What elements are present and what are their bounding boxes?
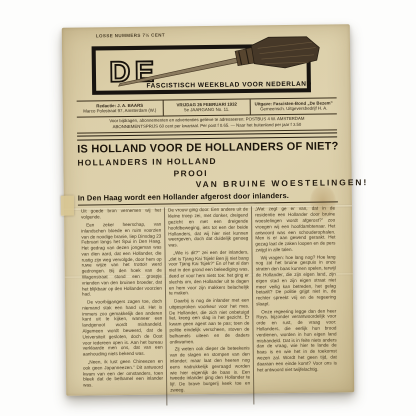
body-paragraph: Daarbij is nog de inlander met een uitge… xyxy=(169,298,250,345)
double-rule xyxy=(77,132,337,140)
body-paragraph: Uit goede bron vernemen wij het volgende… xyxy=(81,208,161,221)
address-block: Voor bijdragen, abonnementen en adverten… xyxy=(77,114,337,134)
article-columns: Uit goede bron vernemen wij het volgende… xyxy=(78,206,340,407)
info-cell-date: VRIJDAG 26 FEBRUARI 1932 5e JAARGANG No.… xyxy=(163,99,250,115)
body-paragraph: Onze regeering legge dan den heer Ruys, … xyxy=(256,308,337,373)
body-paragraph: De vrouw ging door. Een andere uit de kl… xyxy=(168,207,248,248)
headline-lead: In Den Haag wordt een Hollander afgerost… xyxy=(78,191,338,206)
info-cell-redactie: Redactie: J. A. BAARS Marco Polostraat 9… xyxy=(77,101,163,117)
body-paragraph: De voorbijgangers zagen toe, doch nieman… xyxy=(82,299,163,358)
article-column-2: De vrouw ging door. Een andere uit de kl… xyxy=(164,207,253,406)
photo-background: LOSSE NUMMERS 7½ CENT DE FASCISTISCH WEE… xyxy=(0,0,416,416)
body-paragraph: „Wat zegt ge er van, dat in de residenti… xyxy=(255,206,336,253)
article-column-3: „Wat zegt ge er van, dat in de residenti… xyxy=(251,206,340,405)
article-column-1: Uit goede bron vernemen wij het volgende… xyxy=(78,208,166,407)
info-cell-uitgave: Uitgave: Fascisten-Bond „De Bezem” Gemee… xyxy=(250,98,337,114)
newspaper-page: LOSSE NUMMERS 7½ CENT DE FASCISTISCH WEE… xyxy=(62,24,354,395)
body-paragraph: Wij vragen: hoe lang nog? Hoe lang nog z… xyxy=(256,254,337,307)
page-content: LOSSE NUMMERS 7½ CENT DE FASCISTISCH WEE… xyxy=(62,24,354,395)
headline-main: IS HOLLAND VOOR DE HOLLANDERS OF NIET? xyxy=(77,140,337,155)
body-paragraph: Zij weten ook dieper de beteekenis van d… xyxy=(170,346,251,393)
issue-number: 5e JAARGANG No. 11. xyxy=(166,107,248,114)
masthead-subtitle: FASCISTISCH WEEKBLAD VOOR NEDERLAND xyxy=(146,81,311,90)
redactie-address: Marco Polostraat 97, Amsterdam (W.) xyxy=(79,108,161,115)
body-paragraph: „Wie is dit?” zei een der inlanders, „da… xyxy=(168,249,249,296)
publisher-company: Gemeensch. Uitgeversbedrijf H. A. xyxy=(253,106,335,113)
body-paragraph: Een zeker heerschap, van inlandschen blo… xyxy=(81,222,162,298)
body-paragraph: „Neen, ik lust geen Chineezen en ook gee… xyxy=(83,359,163,389)
headline-sub3: VAN BRUINE WOESTELINGEN! xyxy=(78,178,338,191)
masthead-box: DE FASCISTISCH WEEKBLAD VOOR NEDERLAND xyxy=(90,37,323,98)
